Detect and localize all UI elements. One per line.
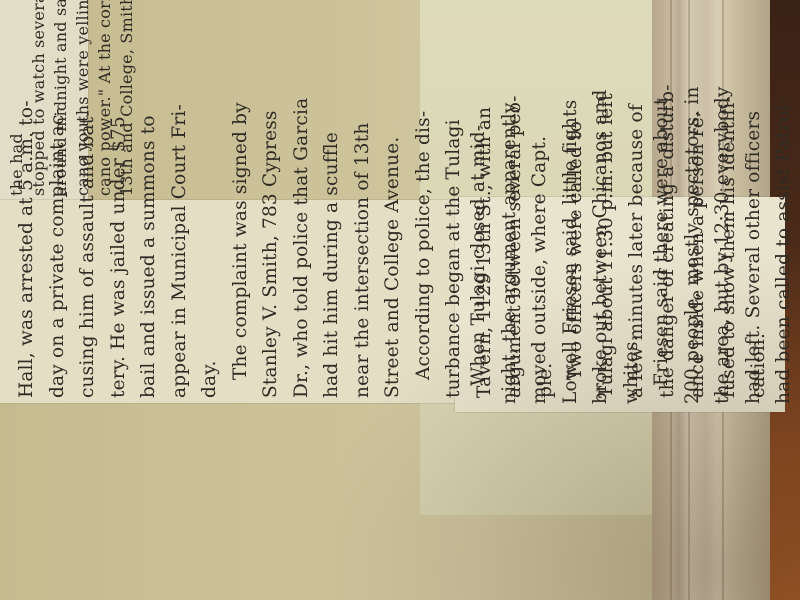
text-line: 200 people, mostly spectators, in	[678, 194, 709, 404]
text-line: the area, but by 12:30 everybody	[708, 194, 739, 404]
text-line: day.	[195, 0, 226, 398]
text-line: cusing him of assault and bat-	[73, 0, 104, 398]
text-line: had left. Several other officers	[739, 194, 770, 404]
text-line: had been called to assist Patrol-	[769, 194, 800, 404]
text-line: bail and issued a summons to	[134, 0, 165, 398]
text-line: broke out between Chicanos and	[586, 194, 617, 404]
text-line: day on a private complaint ac-	[43, 0, 74, 398]
text-line: According to police, the dis-	[409, 0, 440, 398]
text-line: near the intersection of 13th	[348, 0, 379, 398]
text-line: moved outside, where Capt.	[525, 194, 556, 404]
text-line: had hit him during a scuffle	[317, 0, 348, 398]
text-line: Dr., who told police that Garcia	[287, 0, 318, 398]
text-line: Street and College Avenue.	[378, 0, 409, 398]
text-line: whites.	[617, 194, 648, 404]
text-line: Stanley V. Smith, 783 Cypress	[256, 0, 287, 398]
text-line: tery. He was jailed under $75	[104, 0, 135, 398]
text-line: Friesen said there were about	[647, 194, 678, 404]
text-line: Hall, was arrested at 5 a.m. to-	[12, 0, 43, 398]
article-column-part2: When Tulagi closed at mid-night, the arg…	[464, 194, 800, 404]
text-line: appear in Municipal Court Fri-	[165, 0, 196, 398]
text-line: Lowell Friesen said, little fights	[556, 194, 587, 404]
text-line: The complaint was signed by	[226, 0, 257, 398]
text-line: When Tulagi closed at mid-	[464, 194, 495, 404]
text-line: night, the argument apparently	[495, 194, 526, 404]
